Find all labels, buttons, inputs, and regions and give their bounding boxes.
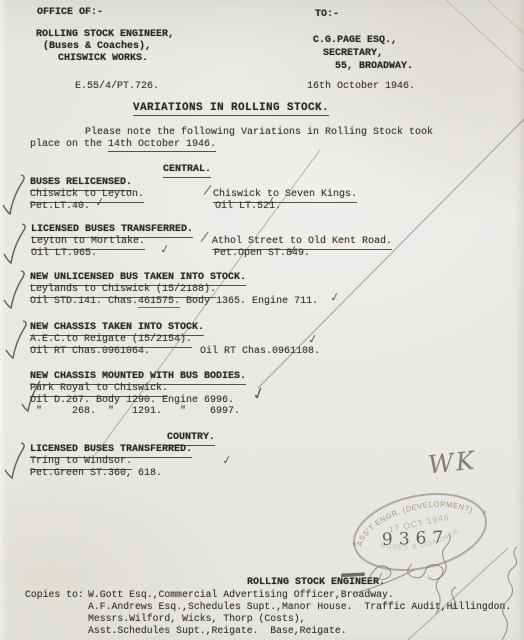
copies-line: Messrs.Wilford, Wicks, Thorp (Costs), [88, 613, 306, 625]
stamp-star-right: * [481, 509, 490, 522]
paper-crease [488, 0, 524, 34]
checkmark-icon: ✓ [249, 382, 269, 405]
checkmark-icon: ✓ [329, 289, 341, 305]
recipient-address: 55, BROADWAY. [335, 61, 413, 73]
checkmark-icon: ✓ [94, 194, 106, 210]
stamp-arc-bottom: BUSES & COACHES [379, 526, 462, 558]
vehicle-detail: Oil STD.141. Chas.461575. Body 1365. Eng… [30, 296, 318, 308]
scanned-letter-page: OFFICE OF:- ROLLING STOCK ENGINEER, (Bus… [0, 0, 524, 640]
letter-date: 16th October 1946. [307, 81, 415, 93]
checkmark-icon: ✓ [307, 331, 319, 347]
vehicle-detail: Oil RT Chas.0961064. [30, 346, 150, 358]
oval-received-stamp: ASS'T ENGR. (DEVELOPMENT) BUSES & COACHE… [342, 482, 502, 587]
vehicle-detail: Pet.LT.40. [30, 201, 90, 213]
copies-line: A.F.Andrews Esq.,Schedules Supt.,Manor H… [88, 601, 511, 613]
sender-dept: (Buses & Coaches), [43, 41, 151, 53]
intro-prefix: place on the [30, 139, 108, 150]
handwritten-initials: WK [427, 446, 478, 480]
intro-line-2: place on the 14th October 1946. [30, 139, 216, 151]
recipient-name: C.G.PAGE ESQ., [313, 35, 397, 47]
page-title: VARIATIONS IN ROLLING STOCK. [133, 102, 329, 116]
vehicle-detail: Oil LT.965. [31, 248, 97, 260]
copies-line: W.Gott Esq.,Commercial Advertising Offic… [88, 589, 394, 601]
sender-name: ROLLING STOCK ENGINEER, [36, 29, 174, 41]
tick-slash-icon: / [202, 183, 213, 200]
sender-works: CHISWICK WORKS. [58, 53, 148, 65]
to-label: TO:- [315, 9, 339, 21]
vehicle-detail: Oil RT Chas.0961108. [200, 346, 320, 358]
stamp-arc-top: ASS'T ENGR. (DEVELOPMENT) [349, 490, 478, 549]
checkmark-icon: ✓ [287, 242, 299, 258]
copies-label: Copies to: [25, 589, 84, 601]
checkmark-icon: ✓ [221, 452, 233, 468]
vehicle-detail-ditto: " 268. " 1291. " 6997. [36, 406, 240, 418]
paper-crease [446, 0, 524, 72]
checkmark-icon: ✓ [159, 241, 171, 257]
pencil-line [408, 548, 508, 640]
chassis-number: 461575. [138, 296, 180, 308]
stamp-star-left: * [351, 541, 360, 554]
intro-effective-date: 14th October 1946. [108, 139, 216, 152]
recipient-title: SECRETARY, [323, 48, 383, 60]
signature-block: ROLLING STOCK ENGINEER. [247, 577, 385, 589]
stamp-date: 17 OCT 1946 [388, 512, 451, 535]
stamp-number: 9367 [382, 528, 450, 550]
copies-line: Asst.Schedules Supt.,Reigate. Base,Reiga… [88, 625, 347, 637]
region-heading-central: CENTRAL. [163, 164, 211, 178]
office-of-label: OFFICE OF:- [37, 7, 103, 19]
checkmark-icon: ✓ [265, 193, 277, 209]
detail-suffix: Body 1365. Engine 711. [180, 296, 318, 307]
intro-line-1: Please note the following Variations in … [85, 127, 433, 139]
tick-slash-icon: / [199, 230, 210, 247]
detail-prefix: Oil STD.141. Chas. [30, 296, 138, 307]
vehicle-detail: Pet.Green ST.360, 618. [30, 468, 162, 480]
pencil-marks-overlay [0, 0, 524, 640]
reference-number: E.55/4/PT.726. [75, 81, 159, 93]
